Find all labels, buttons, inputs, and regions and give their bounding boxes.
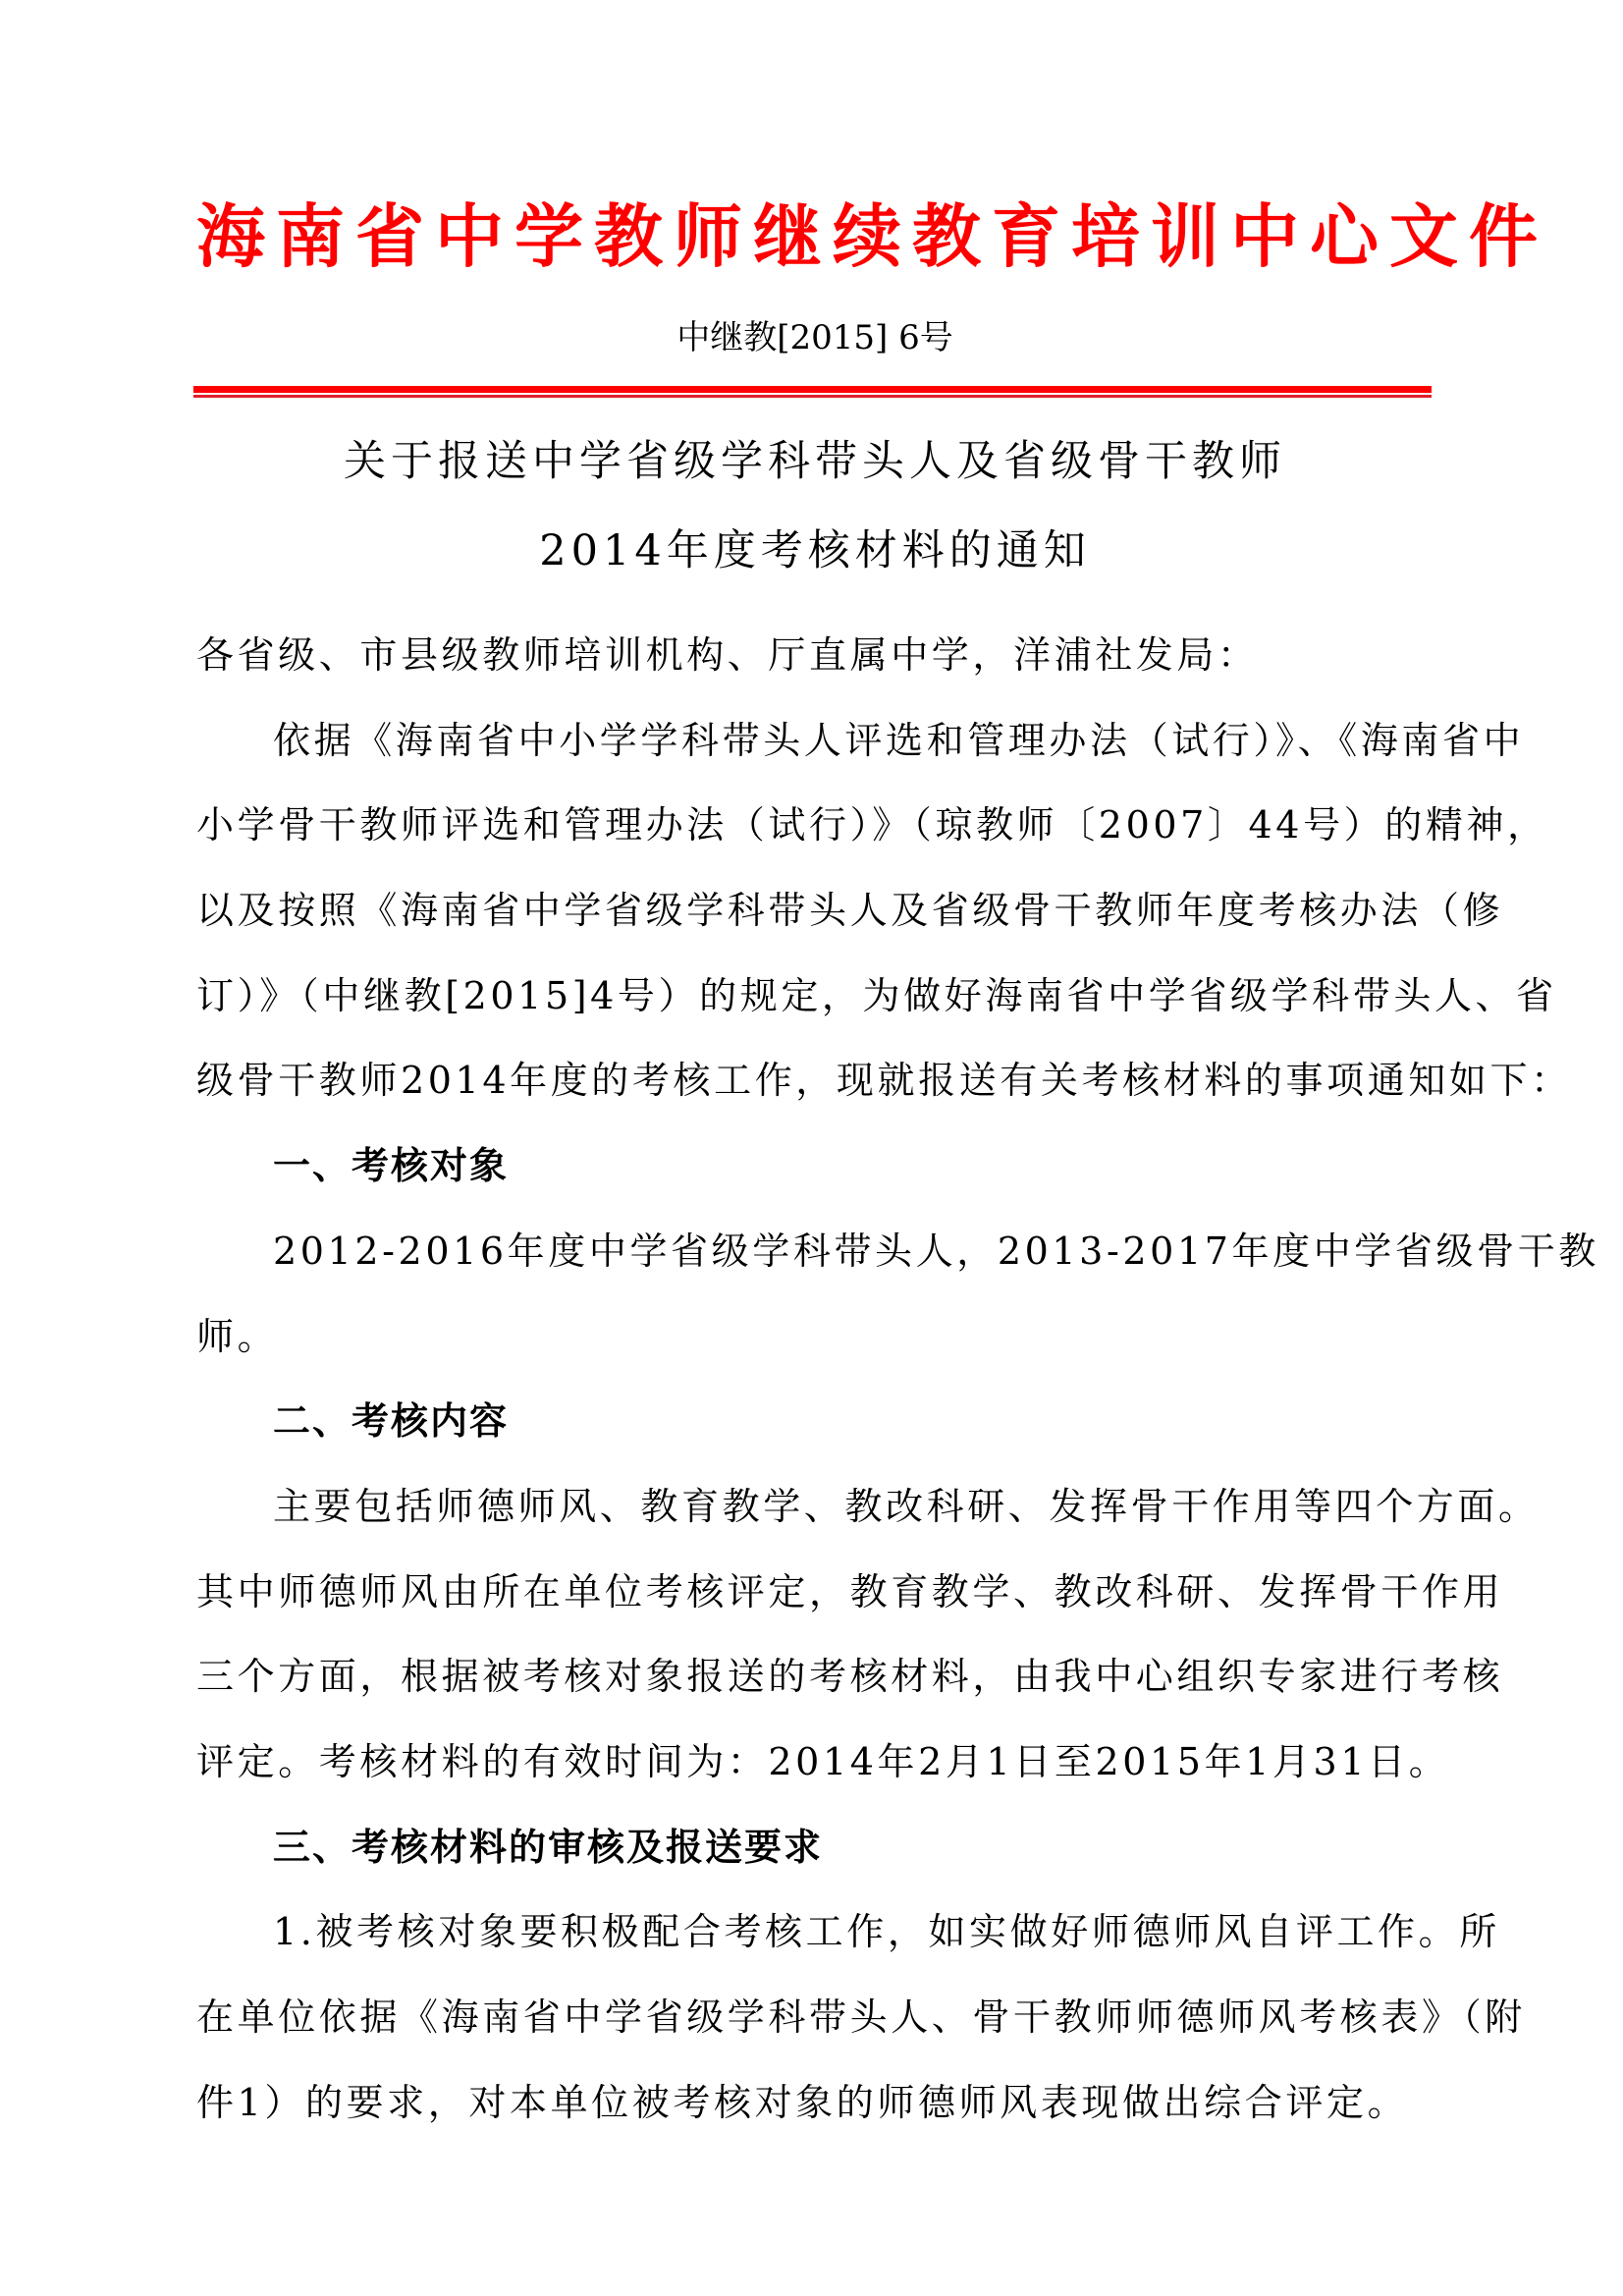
paragraph-line: 依据《海南省中小学学科带头人评选和管理办法（试行）》、《海南省中	[196, 698, 1434, 784]
paragraph-line: 以及按照《海南省中学省级学科带头人及省级骨干教师年度考核办法（修	[196, 868, 1434, 954]
document-number: 中继教[2015] 6号	[196, 312, 1434, 363]
paragraph-line: 级骨干教师2014年度的考核工作，现就报送有关考核材料的事项通知如下：	[196, 1038, 1434, 1123]
notice-title-line-2: 2014年度考核材料的通知	[196, 521, 1434, 580]
section-heading-3: 三、考核材料的审核及报送要求	[196, 1805, 1434, 1890]
paragraph-line: 小学骨干教师评选和管理办法（试行）》（琼教师〔2007〕44号）的精神，	[196, 783, 1434, 868]
section-heading-2: 二、考核内容	[196, 1379, 1434, 1464]
paragraph-line: 件1）的要求，对本单位被考核对象的师德师风表现做出综合评定。	[196, 2060, 1434, 2146]
paragraph-line: 评定。考核材料的有效时间为：2014年2月1日至2015年1月31日。	[196, 1720, 1434, 1805]
addressee-line: 各省级、市县级教师培训机构、厅直属中学，洋浦社发局：	[196, 613, 1434, 698]
paragraph-line: 2012-2016年度中学省级学科带头人，2013-2017年度中学省级骨干教	[196, 1209, 1434, 1294]
paragraph-line: 在单位依据《海南省中学省级学科带头人、骨干教师师德师风考核表》（附	[196, 1975, 1434, 2060]
paragraph-line: 三个方面，根据被考核对象报送的考核材料，由我中心组织专家进行考核	[196, 1634, 1434, 1720]
paragraph-line: 师。	[196, 1294, 1434, 1380]
red-rule-thick	[193, 386, 1432, 393]
body-text: 各省级、市县级教师培训机构、厅直属中学，洋浦社发局： 依据《海南省中小学学科带头…	[196, 613, 1434, 2145]
paragraph-line: 订）》（中继教[2015]4号）的规定，为做好海南省中学省级学科带头人、省	[196, 954, 1434, 1039]
paragraph-line: 主要包括师德师风、教育教学、教改科研、发挥骨干作用等四个方面。	[196, 1464, 1434, 1550]
red-rule-thin	[193, 395, 1432, 398]
paragraph-line: 其中师德师风由所在单位考核评定，教育教学、教改科研、发挥骨干作用	[196, 1550, 1434, 1635]
section-heading-1: 一、考核对象	[196, 1123, 1434, 1209]
document-page: 海南省中学教师继续教育培训中心文件 中继教[2015] 6号 关于报送中学省级学…	[0, 0, 1623, 2296]
issuer-heading: 海南省中学教师继续教育培训中心文件	[196, 183, 1434, 291]
paragraph-line: 1.被考核对象要积极配合考核工作，如实做好师德师风自评工作。所	[196, 1889, 1434, 1975]
notice-title-line-1: 关于报送中学省级学科带头人及省级骨干教师	[196, 432, 1434, 491]
